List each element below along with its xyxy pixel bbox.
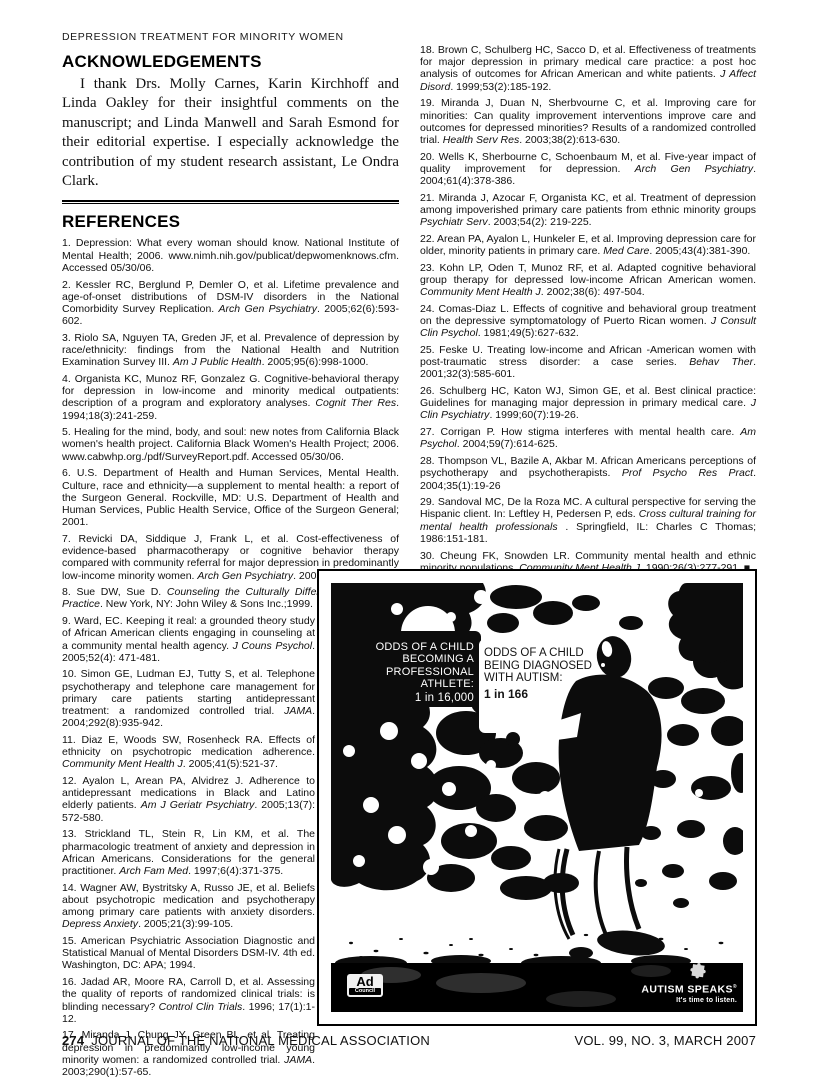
reference-item: 10. Simon GE, Ludman EJ, Tutty S, et al.… [62,668,315,729]
reference-item: 13. Strickland TL, Stein R, Lin KM, et a… [62,828,315,877]
ad-council-logo-bottom: Council [349,988,381,995]
acknowledgements-title: ACKNOWLEDGEMENTS [62,52,399,72]
page-number: 274 [62,1033,84,1048]
ad-council-logo-top: Ad [349,975,381,988]
references-title: REFERENCES [62,212,399,232]
reference-item: 19. Miranda J, Duan N, Sherbvourne C, et… [420,97,756,146]
footer-left: 274JOURNAL OF THE NATIONAL MEDICAL ASSOC… [62,1033,430,1048]
reference-item: 25. Feske U. Treating low-income and Afr… [420,344,756,381]
issue-info: VOL. 99, NO. 3, MARCH 2007 [575,1033,757,1048]
right-column: 18. Brown C, Schulberg HC, Sacco D, et a… [420,44,756,587]
reference-item: 12. Ayalon L, Arean PA, Alvidrez J. Adhe… [62,775,315,824]
brand-text: AUTISM SPEAKS [641,984,733,996]
reference-item: 5. Healing for the mind, body, and soul:… [62,426,399,463]
section-divider [62,200,399,204]
reference-item: 18. Brown C, Schulberg HC, Sacco D, et a… [420,44,756,93]
reference-item: 26. Schulberg HC, Katon WJ, Simon GE, et… [420,385,756,422]
autism-speaks-logo: AUTISM SPEAKS® It's time to listen. [641,982,737,1004]
brand-tagline: It's time to listen. [641,997,737,1004]
autism-odds-text: ODDS OF A CHILDBEING DIAGNOSEDWITH AUTIS… [484,647,606,700]
athlete-odds-lines: ODDS OF A CHILDBECOMING APROFESSIONAL AT… [331,641,474,691]
puzzle-piece-icon [688,959,711,982]
autism-speaks-ad: ODDS OF A CHILDBECOMING APROFESSIONAL AT… [317,569,757,1026]
autism-odds-value: 1 in 166 [484,688,606,701]
reference-item: 29. Sandoval MC, De la Roza MC. A cultur… [420,496,756,545]
registered-mark: ® [733,984,737,990]
reference-item: 15. American Psychiatric Association Dia… [62,935,315,972]
reference-item: 23. Kohn LP, Oden T, Munoz RF, et al. Ad… [420,262,756,299]
athlete-odds-value: 1 in 16,000 [331,692,474,704]
reference-item: 28. Thompson VL, Bazile A, Akbar M. Afri… [420,455,756,492]
reference-item: 27. Corrigan P. How stigma interferes wi… [420,426,756,450]
reference-item: 20. Wells K, Sherbourne C, Schoenbaum M,… [420,151,756,188]
reference-item: 3. Riolo SA, Nguyen TA, Greden JF, et al… [62,332,399,369]
ad-council-logo: Ad Council [347,974,383,997]
reference-item: 4. Organista KC, Munoz RF, Gonzalez G. C… [62,373,399,422]
reference-item: 21. Miranda J, Azocar F, Organista KC, e… [420,192,756,229]
reference-item: 1. Depression: What every woman should k… [62,237,399,274]
ad-photo-wrap: ODDS OF A CHILDBECOMING APROFESSIONAL AT… [331,583,743,1012]
references-list-left-narrow: 9. Ward, EC. Keeping it real: a grounded… [62,615,315,1078]
autism-odds-lines: ODDS OF A CHILDBEING DIAGNOSEDWITH AUTIS… [484,647,606,685]
reference-item: 14. Wagner AW, Bystritsky A, Russo JE, e… [62,882,315,931]
running-head: DEPRESSION TREATMENT FOR MINORITY WOMEN [62,31,344,43]
reference-item: 24. Comas-Diaz L. Effects of cognitive a… [420,303,756,340]
acknowledgements-body: I thank Drs. Molly Carnes, Karin Kirchho… [62,75,399,191]
autism-speaks-wordmark: AUTISM SPEAKS® [641,982,737,996]
reference-item: 16. Jadad AR, Moore RA, Carroll D, et al… [62,976,315,1025]
journal-page: DEPRESSION TREATMENT FOR MINORITY WOMEN … [0,0,816,1081]
references-list-right: 18. Brown C, Schulberg HC, Sacco D, et a… [420,44,756,574]
reference-item: 11. Diaz E, Woods SW, Rosenheck RA. Effe… [62,734,315,771]
reference-item: 22. Arean PA, Ayalon L, Hunkeler E, et a… [420,233,756,257]
reference-item: 2. Kessler RC, Berglund P, Demler O, et … [62,279,399,328]
references-list-left-wide: 1. Depression: What every woman should k… [62,237,399,610]
journal-name: JOURNAL OF THE NATIONAL MEDICAL ASSOCIAT… [91,1033,430,1048]
athlete-odds-text: ODDS OF A CHILDBECOMING APROFESSIONAL AT… [331,641,474,704]
reference-item: 6. U.S. Department of Health and Human S… [62,467,399,528]
reference-item: 9. Ward, EC. Keeping it real: a grounded… [62,615,315,664]
